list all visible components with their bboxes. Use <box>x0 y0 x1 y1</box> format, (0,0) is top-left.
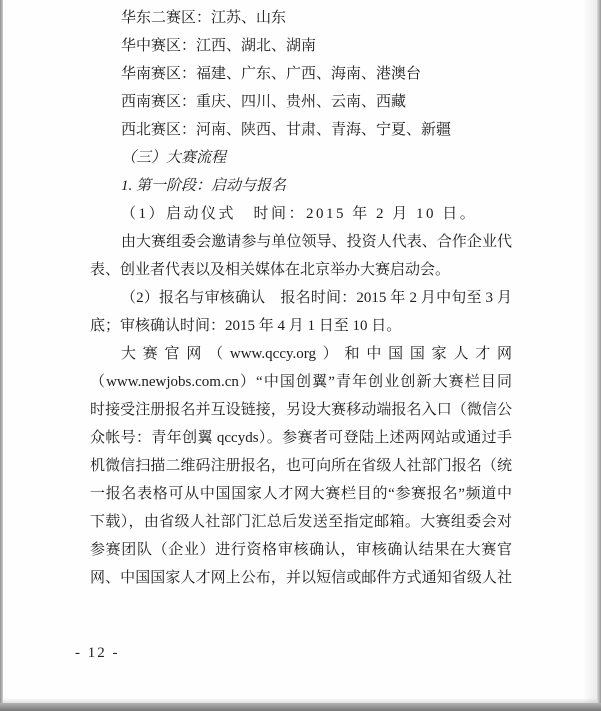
text-line: 机微信扫描二维码注册报名，也可向所在省级人社部门报名（统 <box>90 452 512 480</box>
text-line: 华东二赛区：江苏、山东 <box>90 4 512 32</box>
text-line: 网、中国国家人才网上公布，并以短信或邮件方式通知省级人社 <box>90 564 512 592</box>
text-line: 西北赛区：河南、陕西、甘肃、青海、宁夏、新疆 <box>90 116 512 144</box>
text-line: 华南赛区：福建、广东、广西、海南、港澳台 <box>90 60 512 88</box>
scan-edge-bottom <box>0 703 601 711</box>
text-line: 表、创业者代表以及相关媒体在北京举办大赛启动会。 <box>90 256 512 284</box>
text-line: 华中赛区：江西、湖北、湖南 <box>90 32 512 60</box>
text-line: 一报名表格可从中国国家人才网大赛栏目的“参赛报名”频道中 <box>90 480 512 508</box>
text-line: 底；审核确认时间：2015 年 4 月 1 日至 10 日。 <box>90 312 512 340</box>
scan-edge-right <box>597 0 601 711</box>
scan-shadow-right <box>583 0 597 711</box>
text-line: 大赛官网（www.qccy.org）和中国国家人才网 <box>90 340 512 368</box>
page-number: - 12 - <box>75 645 120 662</box>
text-line: 时接受注册报名并互设链接，另设大赛移动端报名入口（微信公 <box>90 396 512 424</box>
text-line: （2）报名与审核确认 报名时间：2015 年 2 月中旬至 3 月 <box>90 284 512 312</box>
scan-edge-left <box>0 0 3 711</box>
text-line: 参赛团队（企业）进行资格审核确认，审核确认结果在大赛官 <box>90 536 512 564</box>
text-line: （www.newjobs.com.cn）“中国创翼”青年创业创新大赛栏目同 <box>90 368 512 396</box>
text-line: （1）启动仪式 时间：2015 年 2 月 10 日。 <box>90 200 512 228</box>
section-heading: （三）大赛流程 <box>90 144 512 172</box>
text-line: 西南赛区：重庆、四川、贵州、云南、西藏 <box>90 88 512 116</box>
document-page: 华东二赛区：江苏、山东 华中赛区：江西、湖北、湖南 华南赛区：福建、广东、广西、… <box>0 0 601 711</box>
text-line: 下载），由省级人社部门汇总后发送至指定邮箱。大赛组委会对 <box>90 508 512 536</box>
text-line: 众帐号：青年创翼 qccyds）。参赛者可登陆上述两网站或通过手 <box>90 424 512 452</box>
text-block: 华东二赛区：江苏、山东 华中赛区：江西、湖北、湖南 华南赛区：福建、广东、广西、… <box>90 4 512 592</box>
text-line: 由大赛组委会邀请参与单位领导、投资人代表、合作企业代 <box>90 228 512 256</box>
stage-heading: 1. 第一阶段：启动与报名 <box>90 172 512 200</box>
